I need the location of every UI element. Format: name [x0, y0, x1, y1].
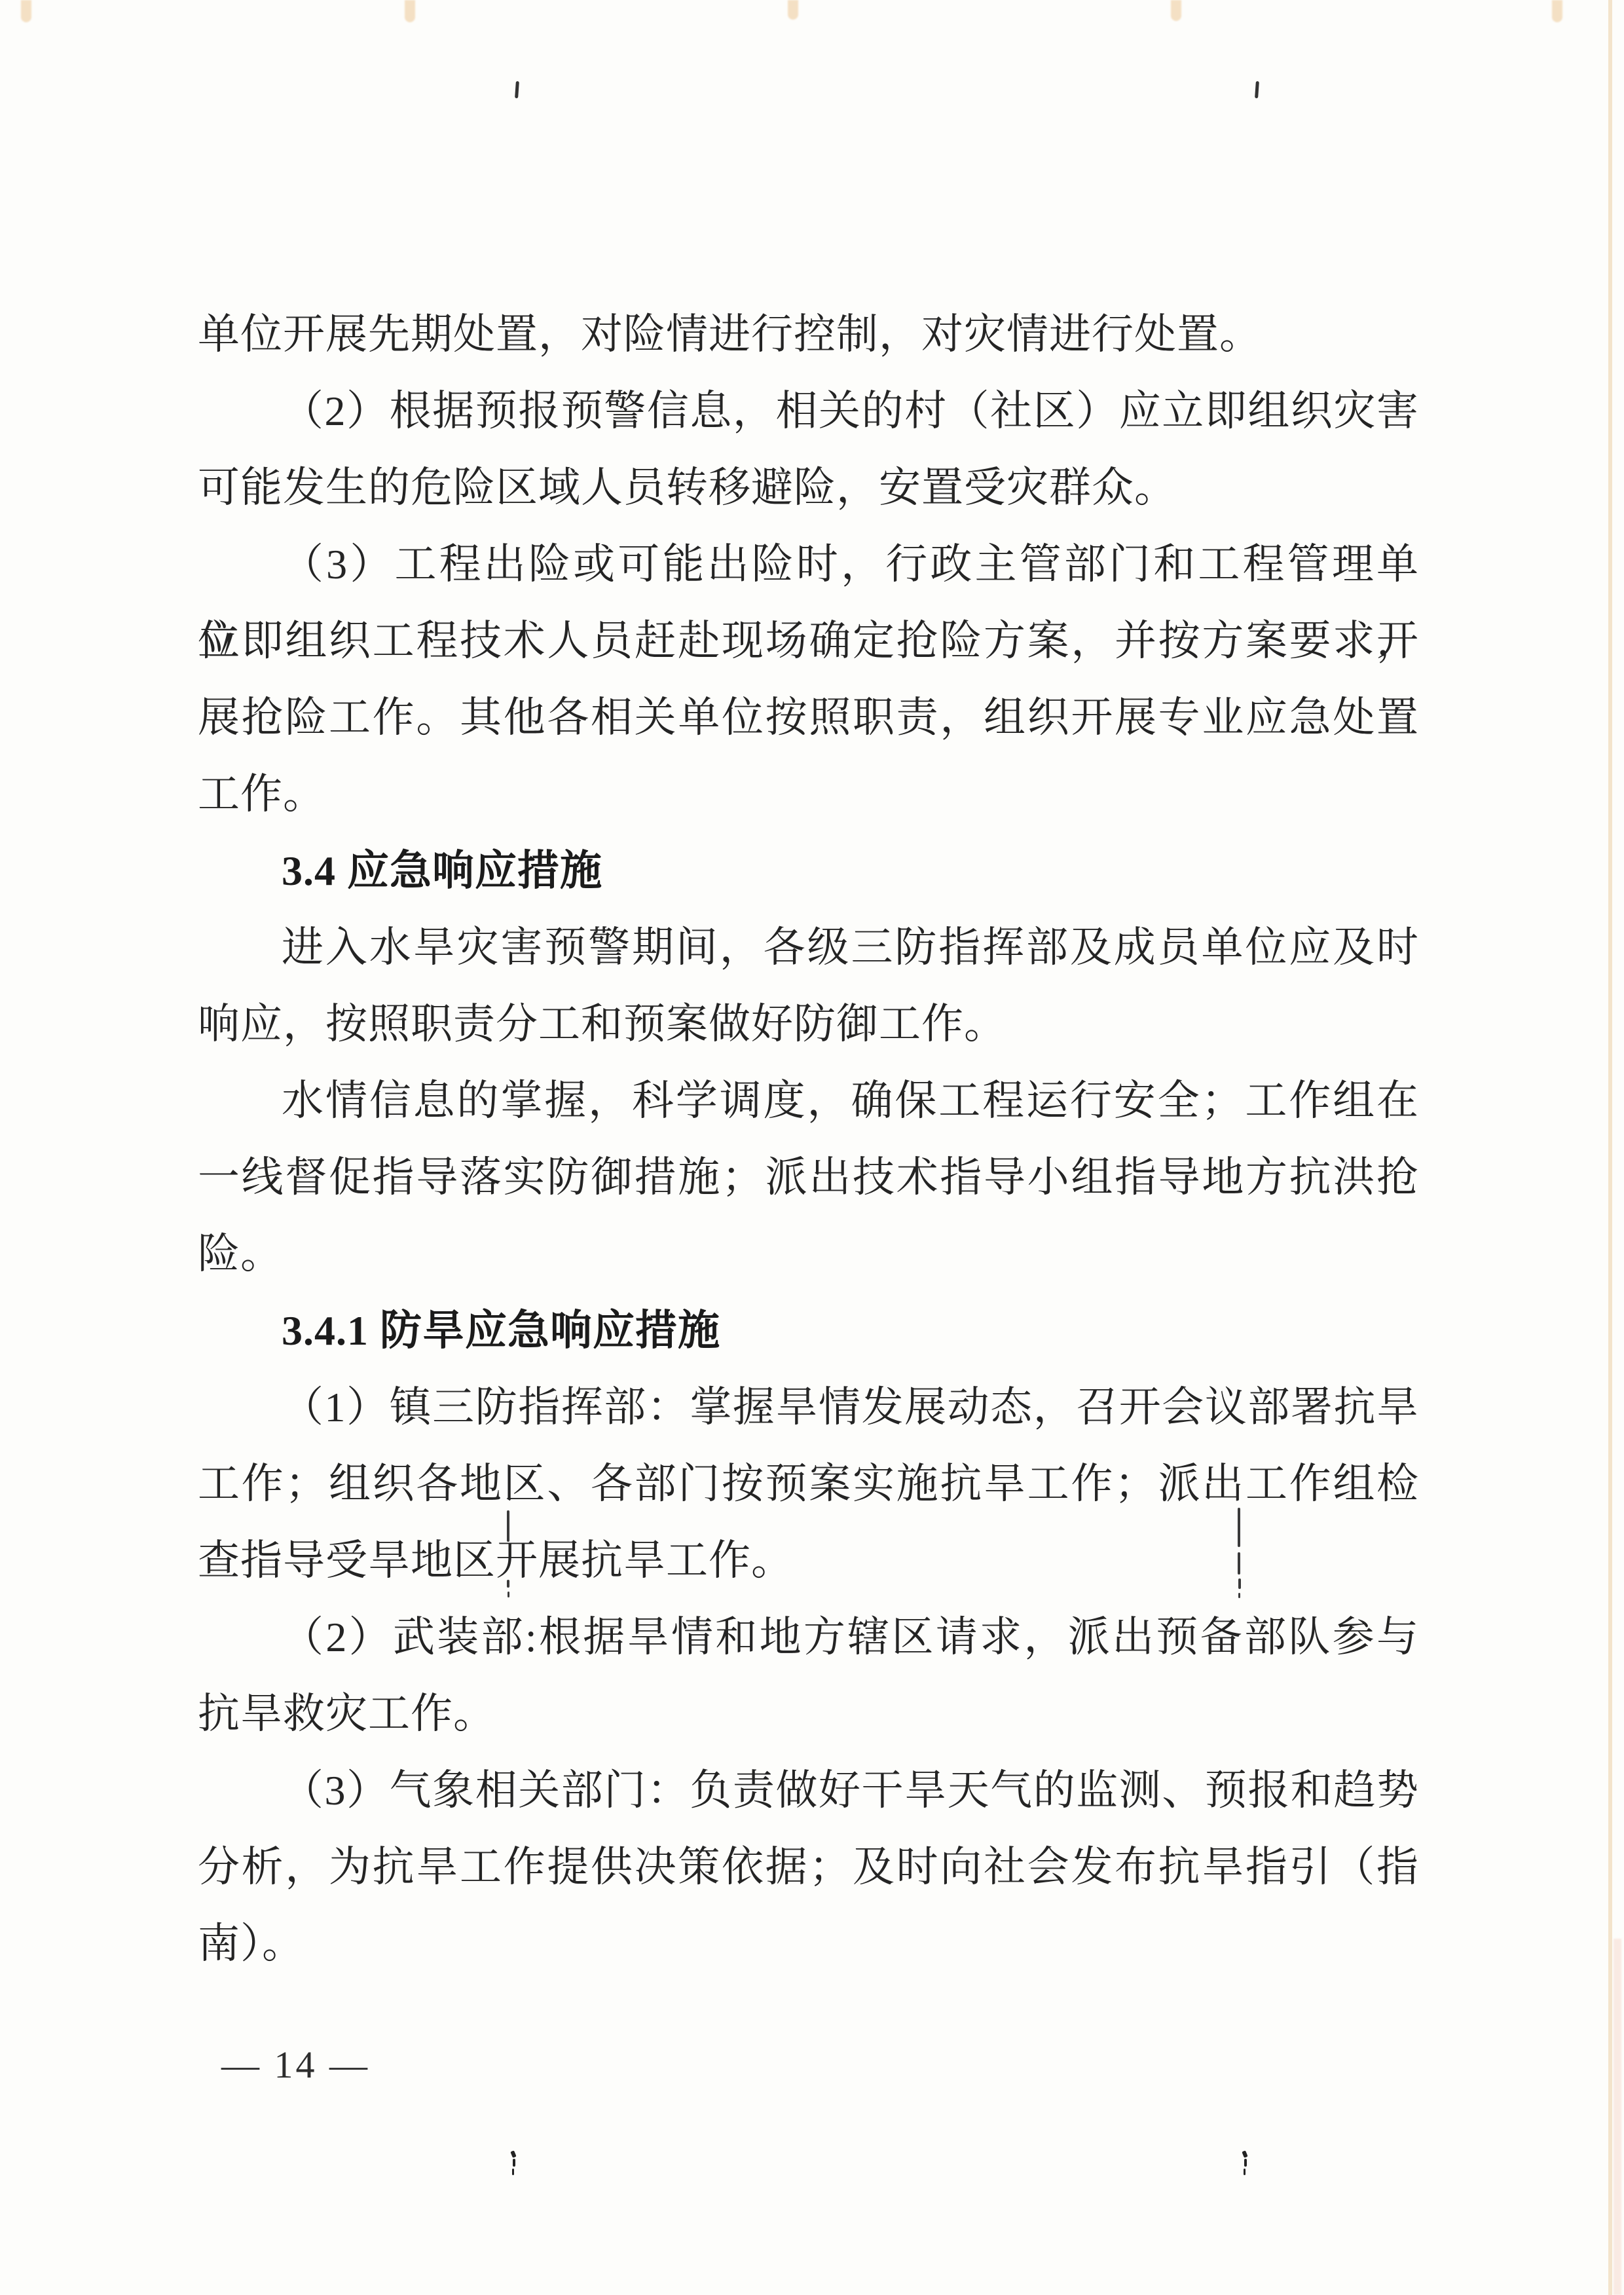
- text-line: 南）。: [198, 1905, 1419, 1982]
- scanner-edge-line: [1608, 0, 1612, 2295]
- scanned-document-page: 单位开展先期处置，对险情进行控制，对灾情进行处置。 （2）根据预报预警信息，相关…: [0, 0, 1624, 2295]
- scan-smudge: [1171, 0, 1181, 21]
- scan-smudge: [788, 0, 798, 20]
- text-line: 可能发生的危险区域人员转移避险，安置受灾群众。: [198, 449, 1419, 526]
- scan-smudge: [405, 0, 415, 22]
- text-line: 查指导受旱地区开展抗旱工作。: [198, 1522, 1419, 1599]
- text-line: （1）镇三防指挥部：掌握旱情发展动态，召开会议部署抗旱: [198, 1369, 1419, 1446]
- text-line: 抗旱救灾工作。: [198, 1675, 1419, 1752]
- section-heading-3-4: 3.4 应急响应措施: [198, 832, 1419, 909]
- text-line: 险。: [198, 1216, 1419, 1292]
- scan-smudge: [21, 0, 31, 22]
- stray-mark: [1255, 81, 1259, 98]
- text-line: （2）武装部:根据旱情和地方辖区请求，派出预备部队参与: [198, 1599, 1419, 1675]
- text-line: 立即组织工程技术人员赶赴现场确定抢险方案，并按方案要求开: [198, 603, 1419, 679]
- text-line: 工作。: [198, 756, 1419, 832]
- text-line: （2）根据预报预警信息，相关的村（社区）应立即组织灾害: [198, 373, 1419, 449]
- stray-mark: [515, 81, 519, 98]
- text-line: （3）工程出险或可能出险时，行政主管部门和工程管理单位，: [198, 526, 1419, 603]
- text-line: 进入水旱灾害预警期间，各级三防指挥部及成员单位应及时: [198, 909, 1419, 986]
- text-line: 一线督促指导落实防御措施；派出技术指导小组指导地方抗洪抢: [198, 1139, 1419, 1216]
- text-line: 单位开展先期处置，对险情进行控制，对灾情进行处置。: [198, 296, 1419, 373]
- text-line: 响应，按照职责分工和预案做好防御工作。: [198, 986, 1419, 1062]
- section-heading-3-4-1: 3.4.1 防旱应急响应措施: [198, 1292, 1419, 1369]
- text-line: （3）气象相关部门：负责做好干旱天气的监测、预报和趋势: [198, 1752, 1419, 1829]
- page-number: — 14 —: [221, 2042, 370, 2088]
- text-line: 水情信息的掌握，科学调度，确保工程运行安全；工作组在: [198, 1062, 1419, 1139]
- scan-smudge: [1552, 0, 1562, 22]
- scanner-edge-tint: [1614, 1939, 1621, 2295]
- text-line: 展抢险工作。其他各相关单位按照职责，组织开展专业应急处置: [198, 679, 1419, 756]
- document-body: 单位开展先期处置，对险情进行控制，对灾情进行处置。 （2）根据预报预警信息，相关…: [198, 296, 1419, 1982]
- text-line: 分析，为抗旱工作提供决策依据；及时向社会发布抗旱指引（指: [198, 1829, 1419, 1905]
- text-line: 工作；组织各地区、各部门按预案实施抗旱工作；派出工作组检: [198, 1446, 1419, 1522]
